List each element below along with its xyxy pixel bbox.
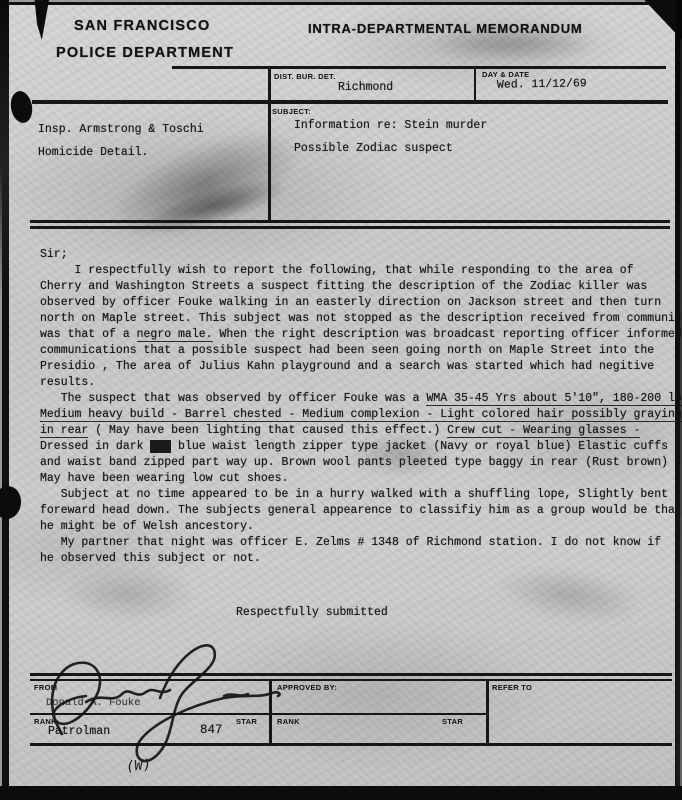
addressee-line2: Homicide Detail. xyxy=(38,146,148,159)
signature xyxy=(28,634,298,784)
body-line: results. xyxy=(40,375,682,391)
body-line: observed by officer Fouke walking in an … xyxy=(40,295,682,311)
approved-star-label: STAR xyxy=(442,717,463,726)
body-line: was that of a negro male. When the right… xyxy=(40,327,682,343)
body-line: north on Maple street. This subject was … xyxy=(40,311,682,327)
handwritten-mark: (W) xyxy=(125,757,152,776)
memo-scan: SAN FRANCISCO POLICE DEPARTMENT INTRA-DE… xyxy=(0,0,682,800)
agency-name-line2: POLICE DEPARTMENT xyxy=(56,45,234,61)
body-line: Medium heavy build - Barrel chested - Me… xyxy=(40,407,682,423)
body-line: Dressed in dark XXX blue waist length zi… xyxy=(40,439,682,455)
closing-line: Respectfully submitted xyxy=(236,606,388,619)
body-line: he might be of Welsh ancestory. xyxy=(40,519,682,535)
subject-field-label: SUBJECT: xyxy=(272,107,311,116)
body-line: Cherry and Washington Streets a suspect … xyxy=(40,279,682,295)
scan-artifact-left-streak xyxy=(0,0,9,300)
body-line: May have been wearing low cut shoes. xyxy=(40,471,682,487)
body-line: in rear ( May have been lighting that ca… xyxy=(40,423,682,439)
memo-body: Sir; I respectfully wish to report the f… xyxy=(40,247,682,567)
refer-to-label: REFER TO xyxy=(492,683,532,692)
body-line: communications that a possible suspect h… xyxy=(40,343,682,359)
scan-artifact-bottom-band xyxy=(0,786,682,800)
body-line: My partner that night was officer E. Zel… xyxy=(40,535,682,551)
divider xyxy=(474,66,476,102)
agency-name-line1: SAN FRANCISCO xyxy=(74,18,210,34)
subject-line2: Possible Zodiac suspect xyxy=(294,142,453,155)
memo-form-title: INTRA-DEPARTMENTAL MEMORANDUM xyxy=(308,21,583,36)
divider xyxy=(30,220,670,223)
divider xyxy=(486,679,489,745)
district-field-value: Richmond xyxy=(338,81,393,94)
body-line: Sir; xyxy=(40,247,682,263)
divider xyxy=(172,66,666,69)
divider xyxy=(30,226,670,229)
body-line: Subject at no time appeared to be in a h… xyxy=(40,487,682,503)
divider xyxy=(268,66,271,222)
divider xyxy=(32,100,668,104)
body-line: and waist band zipped part way up. Brown… xyxy=(40,455,682,471)
body-line: I respectfully wish to report the follow… xyxy=(40,263,682,279)
date-field-value: Wed. 11/12/69 xyxy=(497,77,587,92)
body-line: he observed this subject or not. xyxy=(40,551,682,567)
body-line: Presidio , The area of Julius Kahn playg… xyxy=(40,359,682,375)
addressee-line1: Insp. Armstrong & Toschi xyxy=(38,123,204,136)
subject-line1: Information re: Stein murder xyxy=(294,119,487,132)
body-line: The suspect that was observed by officer… xyxy=(40,391,682,407)
body-line: foreward head down. The subjects general… xyxy=(40,503,682,519)
district-field-label: DIST. BUR. DET. xyxy=(274,72,336,81)
